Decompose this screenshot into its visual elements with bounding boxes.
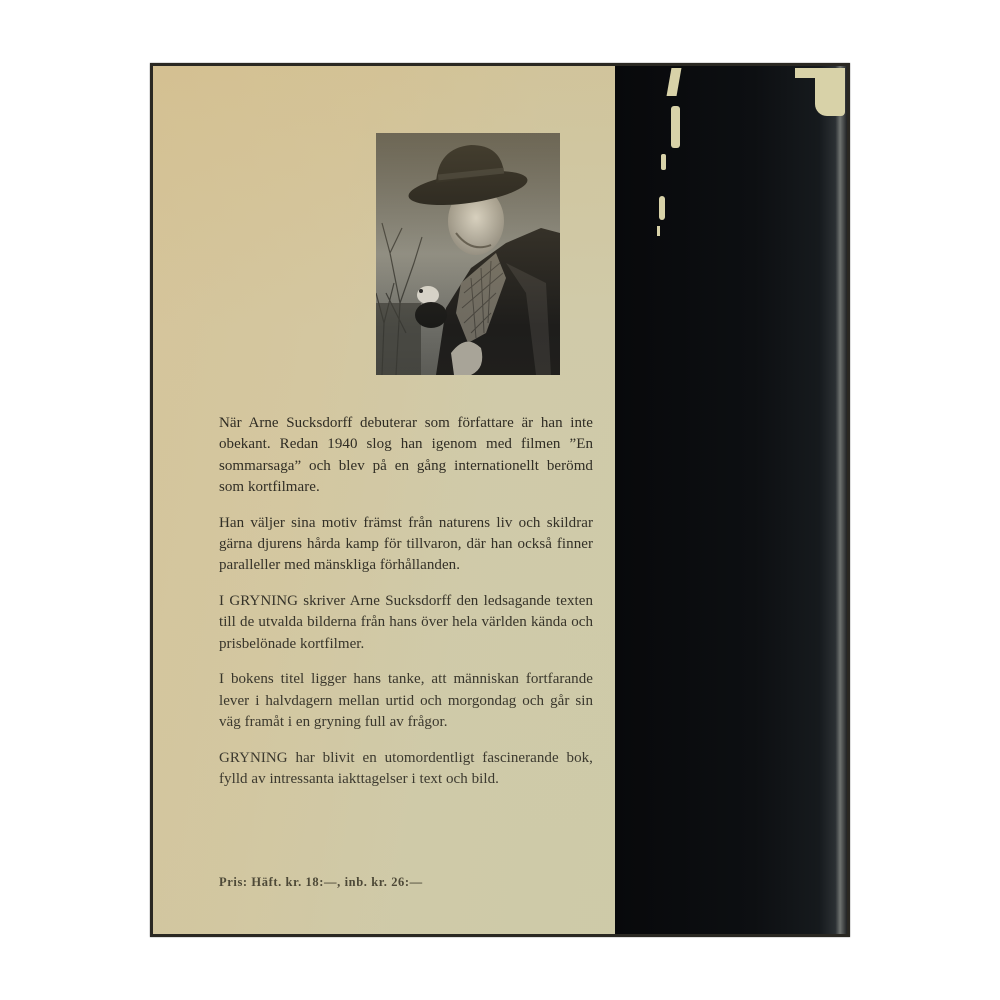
tear-mark xyxy=(661,154,666,170)
portrait-image xyxy=(376,133,560,375)
tear-mark xyxy=(659,196,665,220)
tear-mark xyxy=(842,106,845,112)
tear-mark xyxy=(657,226,660,236)
tear-mark xyxy=(815,76,845,116)
book-back-cover: När Arne Sucksdorff debuterar som förfat… xyxy=(150,63,850,937)
paragraph-1: När Arne Sucksdorff debuterar som förfat… xyxy=(219,413,593,498)
blurb-text: När Arne Sucksdorff debuterar som förfat… xyxy=(219,413,593,805)
tear-mark xyxy=(667,68,682,96)
paragraph-2: Han väljer sina motiv främst från nature… xyxy=(219,513,593,577)
tear-mark xyxy=(671,106,680,148)
paragraph-3: I GRYNING skriver Arne Sucksdorff den le… xyxy=(219,591,593,655)
black-cover-panel xyxy=(615,66,847,934)
paragraph-4: I bokens titel ligger hans tanke, att mä… xyxy=(219,669,593,733)
author-photo xyxy=(376,133,560,375)
price-line: Pris: Häft. kr. 18:—, inb. kr. 26:— xyxy=(219,875,423,890)
cream-cover-panel: När Arne Sucksdorff debuterar som förfat… xyxy=(153,66,615,934)
paragraph-5: GRYNING har blivit en utomordentligt fas… xyxy=(219,748,593,791)
